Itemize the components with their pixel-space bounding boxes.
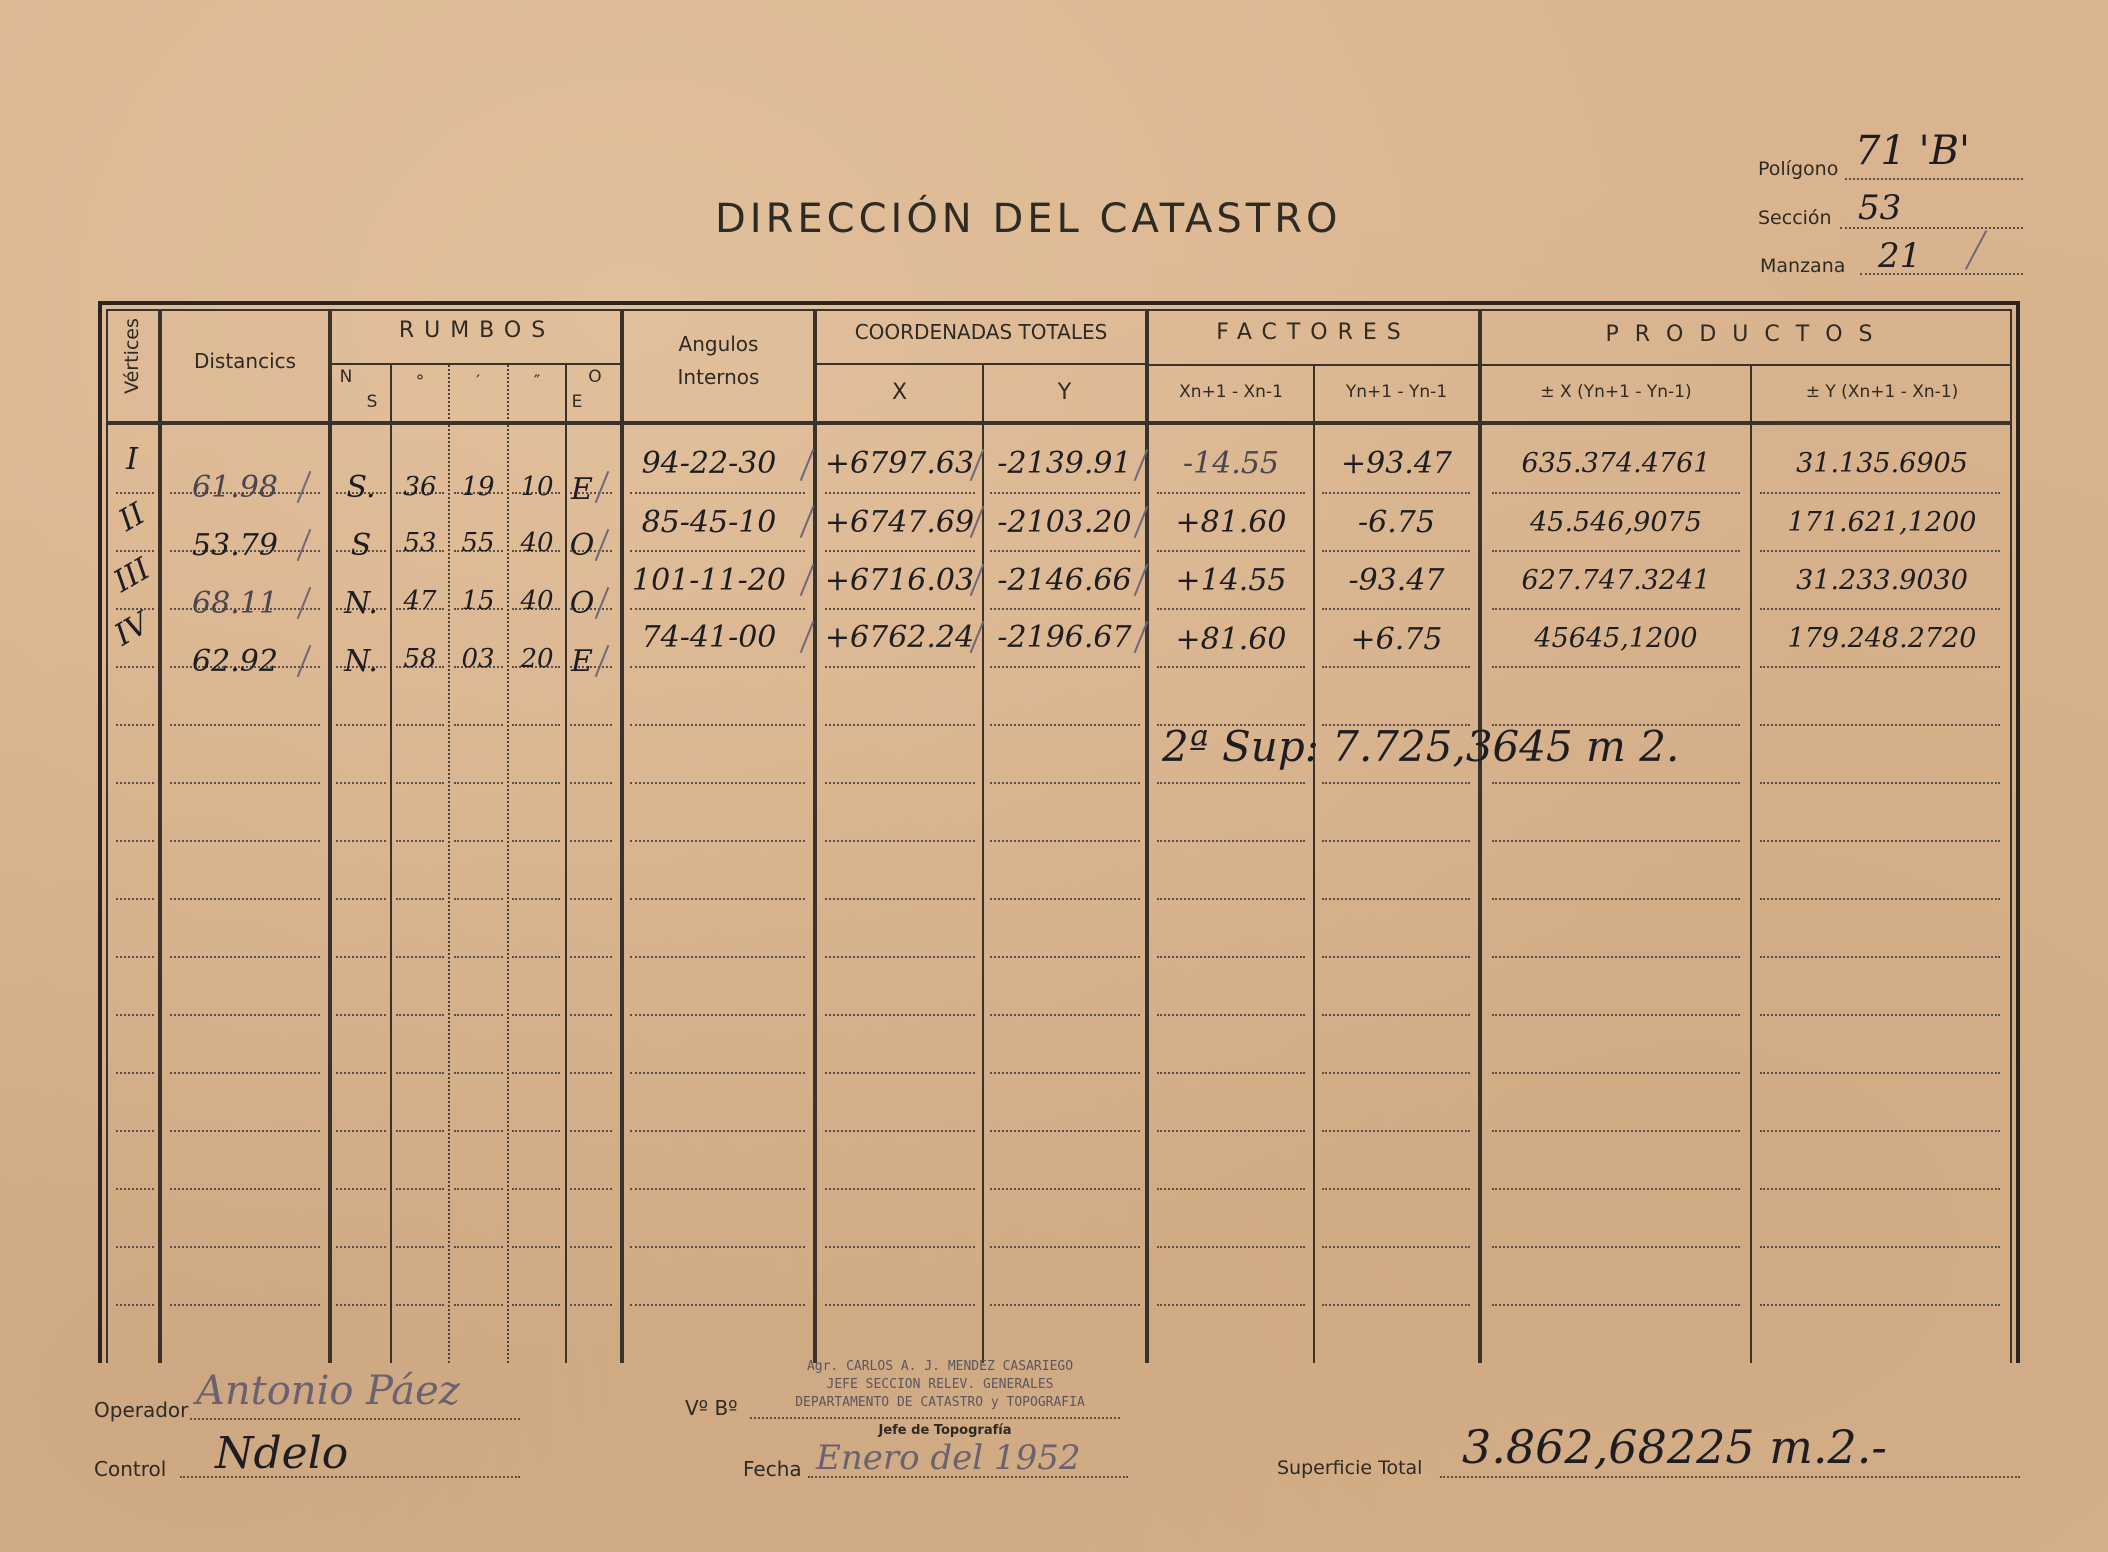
row-guide-line: [825, 956, 975, 958]
row-guide-line: [116, 898, 154, 900]
row-guide-line: [1157, 1304, 1305, 1306]
row-guide-line: [1157, 666, 1305, 668]
producto-x-cell: 45645,1200: [1482, 623, 1750, 654]
factor-x-cell: +81.60: [1149, 622, 1313, 657]
fecha-value[interactable]: Enero del 1952: [816, 1438, 1080, 1478]
row-guide-line: [396, 1304, 444, 1306]
row-guide-line: [396, 1072, 444, 1074]
row-guide-line: [570, 898, 612, 900]
row-guide-line: [336, 724, 386, 726]
row-guide-line: [170, 1014, 320, 1016]
row-guide-line: [512, 1072, 560, 1074]
superficie-total-label: Superficie Total: [1277, 1457, 1422, 1479]
row-guide-line: [336, 782, 386, 784]
row-guide-line: [336, 956, 386, 958]
manzana-label: Manzana: [1760, 255, 1845, 277]
coord-y-cell: -2196.67: [984, 620, 1145, 655]
row-guide-line: [512, 1304, 560, 1306]
header-producto-y: ± Y (Xn+1 - Xn-1): [1752, 382, 2012, 402]
row-guide-line: [1492, 1130, 1740, 1132]
row-guide-line: [454, 898, 503, 900]
row-guide-line: [570, 956, 612, 958]
rumbo-sec-cell: 20: [509, 644, 565, 674]
header-x: X: [817, 380, 982, 405]
row-guide-line: [1322, 666, 1470, 668]
row-guide-line: [1492, 1246, 1740, 1248]
row-guide-line: [630, 492, 805, 494]
row-guide-line: [512, 724, 560, 726]
row-guide-line: [1760, 1188, 2000, 1190]
factor-x-cell: +81.60: [1149, 505, 1313, 540]
row-guide-line: [116, 1246, 154, 1248]
row-guide-line: [1760, 1014, 2000, 1016]
row-guide-line: [1157, 1246, 1305, 1248]
row-guide-line: [1157, 492, 1305, 494]
stamp: Agr. CARLOS A. J. MENDEZ CASARIEGO JEFE …: [760, 1358, 1120, 1412]
row-guide-line: [170, 840, 320, 842]
rumbo-deg-cell: 53: [392, 528, 448, 558]
rumbo-ns-cell: N.: [336, 644, 386, 679]
row-guide-line: [1322, 1246, 1470, 1248]
poligono-label: Polígono: [1758, 158, 1838, 180]
operador-line: [190, 1418, 520, 1420]
row-guide-line: [1322, 492, 1470, 494]
row-guide-line: [1157, 898, 1305, 900]
row-guide-line: [336, 1304, 386, 1306]
row-guide-line: [1760, 608, 2000, 610]
row-guide-line: [1322, 1130, 1470, 1132]
row-guide-line: [170, 898, 320, 900]
row-guide-line: [336, 1072, 386, 1074]
row-guide-line: [825, 782, 975, 784]
row-guide-line: [825, 1072, 975, 1074]
header-factor-y: Yn+1 - Yn-1: [1315, 382, 1478, 402]
col-divider: [507, 365, 509, 1363]
row-guide-line: [630, 1246, 805, 1248]
row-guide-line: [170, 782, 320, 784]
row-guide-line: [990, 1130, 1140, 1132]
row-guide-line: [1492, 840, 1740, 842]
coord-x-cell: +6762.24: [817, 620, 982, 655]
header-rumbo-n: N: [336, 367, 356, 387]
row-guide-line: [1760, 666, 2000, 668]
row-guide-line: [630, 1130, 805, 1132]
row-guide-line: [1322, 782, 1470, 784]
control-label: Control: [94, 1457, 166, 1481]
row-guide-line: [1492, 1304, 1740, 1306]
row-guide-line: [630, 782, 805, 784]
row-guide-line: [1322, 1072, 1470, 1074]
factor-y-cell: +93.47: [1315, 446, 1478, 481]
coord-y-cell: -2146.66: [984, 563, 1145, 598]
factor-y-cell: -93.47: [1315, 563, 1478, 598]
row-guide-line: [630, 1304, 805, 1306]
row-guide-line: [454, 1188, 503, 1190]
row-guide-line: [1760, 782, 2000, 784]
fecha-label: Fecha: [743, 1457, 802, 1481]
header-productos: PRODUCTOS: [1482, 322, 2012, 347]
row-guide-line: [630, 956, 805, 958]
row-guide-line: [454, 1246, 503, 1248]
row-guide-line: [454, 840, 503, 842]
row-guide-line: [1760, 1072, 2000, 1074]
angulo-cell: 94-22-30: [624, 446, 794, 481]
row-guide-line: [116, 1072, 154, 1074]
row-guide-line: [396, 724, 444, 726]
row-guide-line: [116, 1188, 154, 1190]
row-guide-line: [1492, 608, 1740, 610]
row-guide-line: [396, 1130, 444, 1132]
header-distancias: Distancics: [162, 349, 328, 373]
rumbo-deg-cell: 47: [392, 586, 448, 616]
poligono-line: [1845, 178, 2023, 180]
header-coordenadas: COORDENADAS TOTALES: [817, 320, 1145, 344]
header-internos: Internos: [624, 365, 813, 389]
factor-x-cell: +14.55: [1149, 563, 1313, 598]
rumbo-oe-cell: E: [567, 644, 597, 679]
row-guide-line: [1157, 1014, 1305, 1016]
row-guide-line: [1492, 956, 1740, 958]
row-guide-line: [570, 782, 612, 784]
row-guide-line: [825, 666, 975, 668]
row-guide-line: [116, 550, 154, 552]
row-guide-line: [990, 840, 1140, 842]
row-guide-line: [1322, 840, 1470, 842]
row-guide-line: [1157, 608, 1305, 610]
row-guide-line: [825, 1014, 975, 1016]
row-guide-line: [512, 1188, 560, 1190]
row-guide-line: [1157, 840, 1305, 842]
row-guide-line: [990, 492, 1140, 494]
jefe-topografia-label: Jefe de Topografía: [860, 1423, 1030, 1438]
row-guide-line: [825, 1188, 975, 1190]
distancia-cell: 68.11: [180, 586, 290, 621]
header-divider: [815, 363, 1147, 365]
vertex-label: I: [110, 442, 154, 477]
row-guide-line: [570, 1014, 612, 1016]
row-guide-line: [1492, 1014, 1740, 1016]
row-guide-line: [116, 1304, 154, 1306]
row-guide-line: [170, 1188, 320, 1190]
stamp-line-1: Agr. CARLOS A. J. MENDEZ CASARIEGO: [760, 1358, 1120, 1376]
rumbo-min-cell: 03: [450, 644, 506, 674]
rumbo-sec-cell: 40: [509, 586, 565, 616]
row-guide-line: [1760, 1130, 2000, 1132]
header-bottom-divider: [106, 421, 2012, 425]
row-guide-line: [1492, 550, 1740, 552]
row-guide-line: [170, 1246, 320, 1248]
producto-y-cell: 31.233.9030: [1752, 565, 2012, 596]
row-guide-line: [512, 898, 560, 900]
producto-y-cell: 171.621,1200: [1752, 507, 2012, 538]
row-guide-line: [1492, 1072, 1740, 1074]
header-rumbo-e: E: [567, 392, 587, 412]
rumbo-sec-cell: 40: [509, 528, 565, 558]
row-guide-line: [116, 1014, 154, 1016]
superficie-total-line: [1440, 1476, 2020, 1478]
row-guide-line: [570, 1304, 612, 1306]
row-guide-line: [990, 724, 1140, 726]
row-guide-line: [1760, 1304, 2000, 1306]
row-guide-line: [1157, 956, 1305, 958]
row-guide-line: [825, 898, 975, 900]
header-rumbos: RUMBOS: [332, 318, 622, 343]
poligono-value[interactable]: 71 'B': [1855, 128, 1970, 174]
coord-y-cell: -2103.20: [984, 505, 1145, 540]
operador-signature[interactable]: Antonio Páez: [196, 1368, 460, 1414]
control-signature[interactable]: Ndelo: [215, 1428, 348, 1479]
row-guide-line: [454, 1130, 503, 1132]
row-guide-line: [630, 724, 805, 726]
row-guide-line: [990, 1246, 1140, 1248]
coord-x-cell: +6797.63: [817, 446, 982, 481]
vobo-line: [750, 1417, 1120, 1419]
row-guide-line: [630, 898, 805, 900]
rumbo-min-cell: 15: [450, 586, 506, 616]
header-divider: [330, 363, 622, 365]
stamp-line-2: JEFE SECCION RELEV. GENERALES: [760, 1376, 1120, 1394]
row-guide-line: [454, 956, 503, 958]
row-guide-line: [1157, 1130, 1305, 1132]
coord-x-cell: +6716.03: [817, 563, 982, 598]
document-title: DIRECCIÓN DEL CATASTRO: [715, 196, 1342, 242]
row-guide-line: [1760, 956, 2000, 958]
factor-x-cell: -14.55: [1149, 446, 1313, 481]
rumbo-ns-cell: S: [336, 528, 386, 563]
row-guide-line: [512, 840, 560, 842]
header-factor-x: Xn+1 - Xn-1: [1149, 382, 1313, 402]
row-guide-line: [116, 840, 154, 842]
row-guide-line: [825, 492, 975, 494]
row-guide-line: [170, 1072, 320, 1074]
rumbo-oe-cell: O: [567, 528, 597, 563]
seccion-label: Sección: [1758, 207, 1832, 229]
row-guide-line: [570, 1072, 612, 1074]
operador-label: Operador: [94, 1398, 188, 1422]
col-divider: [158, 311, 162, 1363]
row-guide-line: [396, 782, 444, 784]
row-guide-line: [630, 550, 805, 552]
coord-x-cell: +6747.69: [817, 505, 982, 540]
row-guide-line: [1492, 666, 1740, 668]
rumbo-min-cell: 19: [450, 472, 506, 502]
distancia-cell: 61.98: [180, 470, 290, 505]
row-guide-line: [570, 1246, 612, 1248]
row-guide-line: [825, 608, 975, 610]
col-divider: [565, 365, 567, 1363]
row-guide-line: [570, 1188, 612, 1190]
row-guide-line: [990, 1014, 1140, 1016]
row-guide-line: [1492, 898, 1740, 900]
row-guide-line: [990, 666, 1140, 668]
row-guide-line: [454, 1014, 503, 1016]
row-guide-line: [1760, 840, 2000, 842]
row-guide-line: [1322, 608, 1470, 610]
row-guide-line: [396, 1246, 444, 1248]
col-divider: [448, 365, 450, 1363]
row-guide-line: [1760, 492, 2000, 494]
header-angulos: Angulos: [624, 332, 813, 356]
row-guide-line: [170, 1304, 320, 1306]
header-rumbo-s: S: [362, 392, 382, 412]
row-guide-line: [396, 956, 444, 958]
row-guide-line: [336, 898, 386, 900]
producto-x-cell: 635.374.4761: [1482, 448, 1750, 479]
row-guide-line: [630, 1072, 805, 1074]
factor-y-cell: -6.75: [1315, 505, 1478, 540]
manzana-value[interactable]: 21: [1878, 236, 1921, 276]
row-guide-line: [1760, 1246, 2000, 1248]
header-factores: FACTORES: [1149, 320, 1478, 345]
header-y: Y: [984, 380, 1145, 405]
row-guide-line: [336, 1014, 386, 1016]
row-guide-line: [825, 1304, 975, 1306]
row-guide-line: [990, 1072, 1140, 1074]
row-guide-line: [630, 1014, 805, 1016]
rumbo-sec-cell: 10: [509, 472, 565, 502]
seccion-value[interactable]: 53: [1858, 188, 1901, 228]
row-guide-line: [396, 1014, 444, 1016]
row-guide-line: [570, 724, 612, 726]
row-guide-line: [116, 782, 154, 784]
row-guide-line: [1760, 550, 2000, 552]
producto-y-cell: 179.248.2720: [1752, 623, 2012, 654]
double-surface-note: 2ª Sup: 7.725,3645 m 2.: [1162, 722, 1679, 771]
header-rumbo-sec: ″: [509, 372, 565, 392]
row-guide-line: [512, 956, 560, 958]
row-guide-line: [570, 840, 612, 842]
row-guide-line: [990, 608, 1140, 610]
row-guide-line: [990, 1188, 1140, 1190]
superficie-total-value[interactable]: 3.862,68225 m.2.-: [1462, 1420, 1887, 1474]
row-guide-line: [170, 724, 320, 726]
row-guide-line: [512, 1130, 560, 1132]
rumbo-deg-cell: 36: [392, 472, 448, 502]
rumbo-oe-cell: O: [567, 586, 597, 621]
angulo-cell: 85-45-10: [624, 505, 794, 540]
row-guide-line: [396, 840, 444, 842]
row-guide-line: [454, 1072, 503, 1074]
rumbo-ns-cell: S.: [336, 470, 386, 505]
producto-x-cell: 627.747.3241: [1482, 565, 1750, 596]
col-divider: [328, 311, 332, 1363]
row-guide-line: [990, 1304, 1140, 1306]
row-guide-line: [630, 666, 805, 668]
producto-x-cell: 45.546,9075: [1482, 507, 1750, 538]
row-guide-line: [116, 724, 154, 726]
check-mark-icon: [1965, 230, 1987, 270]
rumbo-deg-cell: 58: [392, 644, 448, 674]
header-divider: [1147, 364, 2012, 366]
row-guide-line: [630, 608, 805, 610]
rumbo-oe-cell: E: [567, 472, 597, 507]
row-guide-line: [116, 666, 154, 668]
row-guide-line: [990, 550, 1140, 552]
row-guide-line: [570, 1130, 612, 1132]
row-guide-line: [990, 956, 1140, 958]
row-guide-line: [116, 492, 154, 494]
row-guide-line: [396, 1188, 444, 1190]
row-guide-line: [512, 782, 560, 784]
distancia-cell: 53.79: [180, 528, 290, 563]
row-guide-line: [396, 898, 444, 900]
row-guide-line: [1760, 898, 2000, 900]
row-guide-line: [336, 1188, 386, 1190]
header-rumbo-deg: °: [392, 372, 448, 392]
row-guide-line: [336, 840, 386, 842]
row-guide-line: [1157, 1072, 1305, 1074]
row-guide-line: [116, 956, 154, 958]
row-guide-line: [170, 956, 320, 958]
factor-y-cell: +6.75: [1315, 622, 1478, 657]
row-guide-line: [1322, 550, 1470, 552]
row-guide-line: [825, 1130, 975, 1132]
producto-y-cell: 31.135.6905: [1752, 448, 2012, 479]
row-guide-line: [1760, 724, 2000, 726]
distancia-cell: 62.92: [180, 644, 290, 679]
rumbo-min-cell: 55: [450, 528, 506, 558]
angulo-cell: 74-41-00: [624, 620, 794, 655]
row-guide-line: [1492, 492, 1740, 494]
row-guide-line: [1322, 898, 1470, 900]
row-guide-line: [512, 1014, 560, 1016]
rumbo-ns-cell: N.: [336, 586, 386, 621]
row-guide-line: [454, 724, 503, 726]
row-guide-line: [116, 1130, 154, 1132]
header-rumbo-o: O: [585, 367, 605, 387]
row-guide-line: [336, 1246, 386, 1248]
row-guide-line: [1157, 550, 1305, 552]
stamp-line-3: DEPARTAMENTO DE CATASTRO y TOPOGRAFIA: [760, 1394, 1120, 1412]
row-guide-line: [825, 724, 975, 726]
row-guide-line: [454, 782, 503, 784]
row-guide-line: [1322, 956, 1470, 958]
row-guide-line: [990, 782, 1140, 784]
row-guide-line: [512, 1246, 560, 1248]
row-guide-line: [1157, 1188, 1305, 1190]
header-vertices: Vértices: [121, 316, 143, 396]
row-guide-line: [1322, 1188, 1470, 1190]
header-producto-x: ± X (Yn+1 - Yn-1): [1482, 382, 1750, 402]
row-guide-line: [1157, 782, 1305, 784]
row-guide-line: [454, 1304, 503, 1306]
row-guide-line: [630, 840, 805, 842]
row-guide-line: [1492, 1188, 1740, 1190]
coord-y-cell: -2139.91: [984, 446, 1145, 481]
row-guide-line: [1322, 1014, 1470, 1016]
row-guide-line: [825, 840, 975, 842]
vobo-label: Vº Bº: [685, 1396, 738, 1420]
row-guide-line: [990, 898, 1140, 900]
col-divider: [390, 365, 392, 1363]
row-guide-line: [1322, 1304, 1470, 1306]
row-guide-line: [825, 550, 975, 552]
angulo-cell: 101-11-20: [624, 563, 794, 598]
row-guide-line: [630, 1188, 805, 1190]
row-guide-line: [170, 1130, 320, 1132]
header-rumbo-min: ′: [450, 372, 506, 392]
row-guide-line: [825, 1246, 975, 1248]
row-guide-line: [1492, 782, 1740, 784]
row-guide-line: [336, 1130, 386, 1132]
